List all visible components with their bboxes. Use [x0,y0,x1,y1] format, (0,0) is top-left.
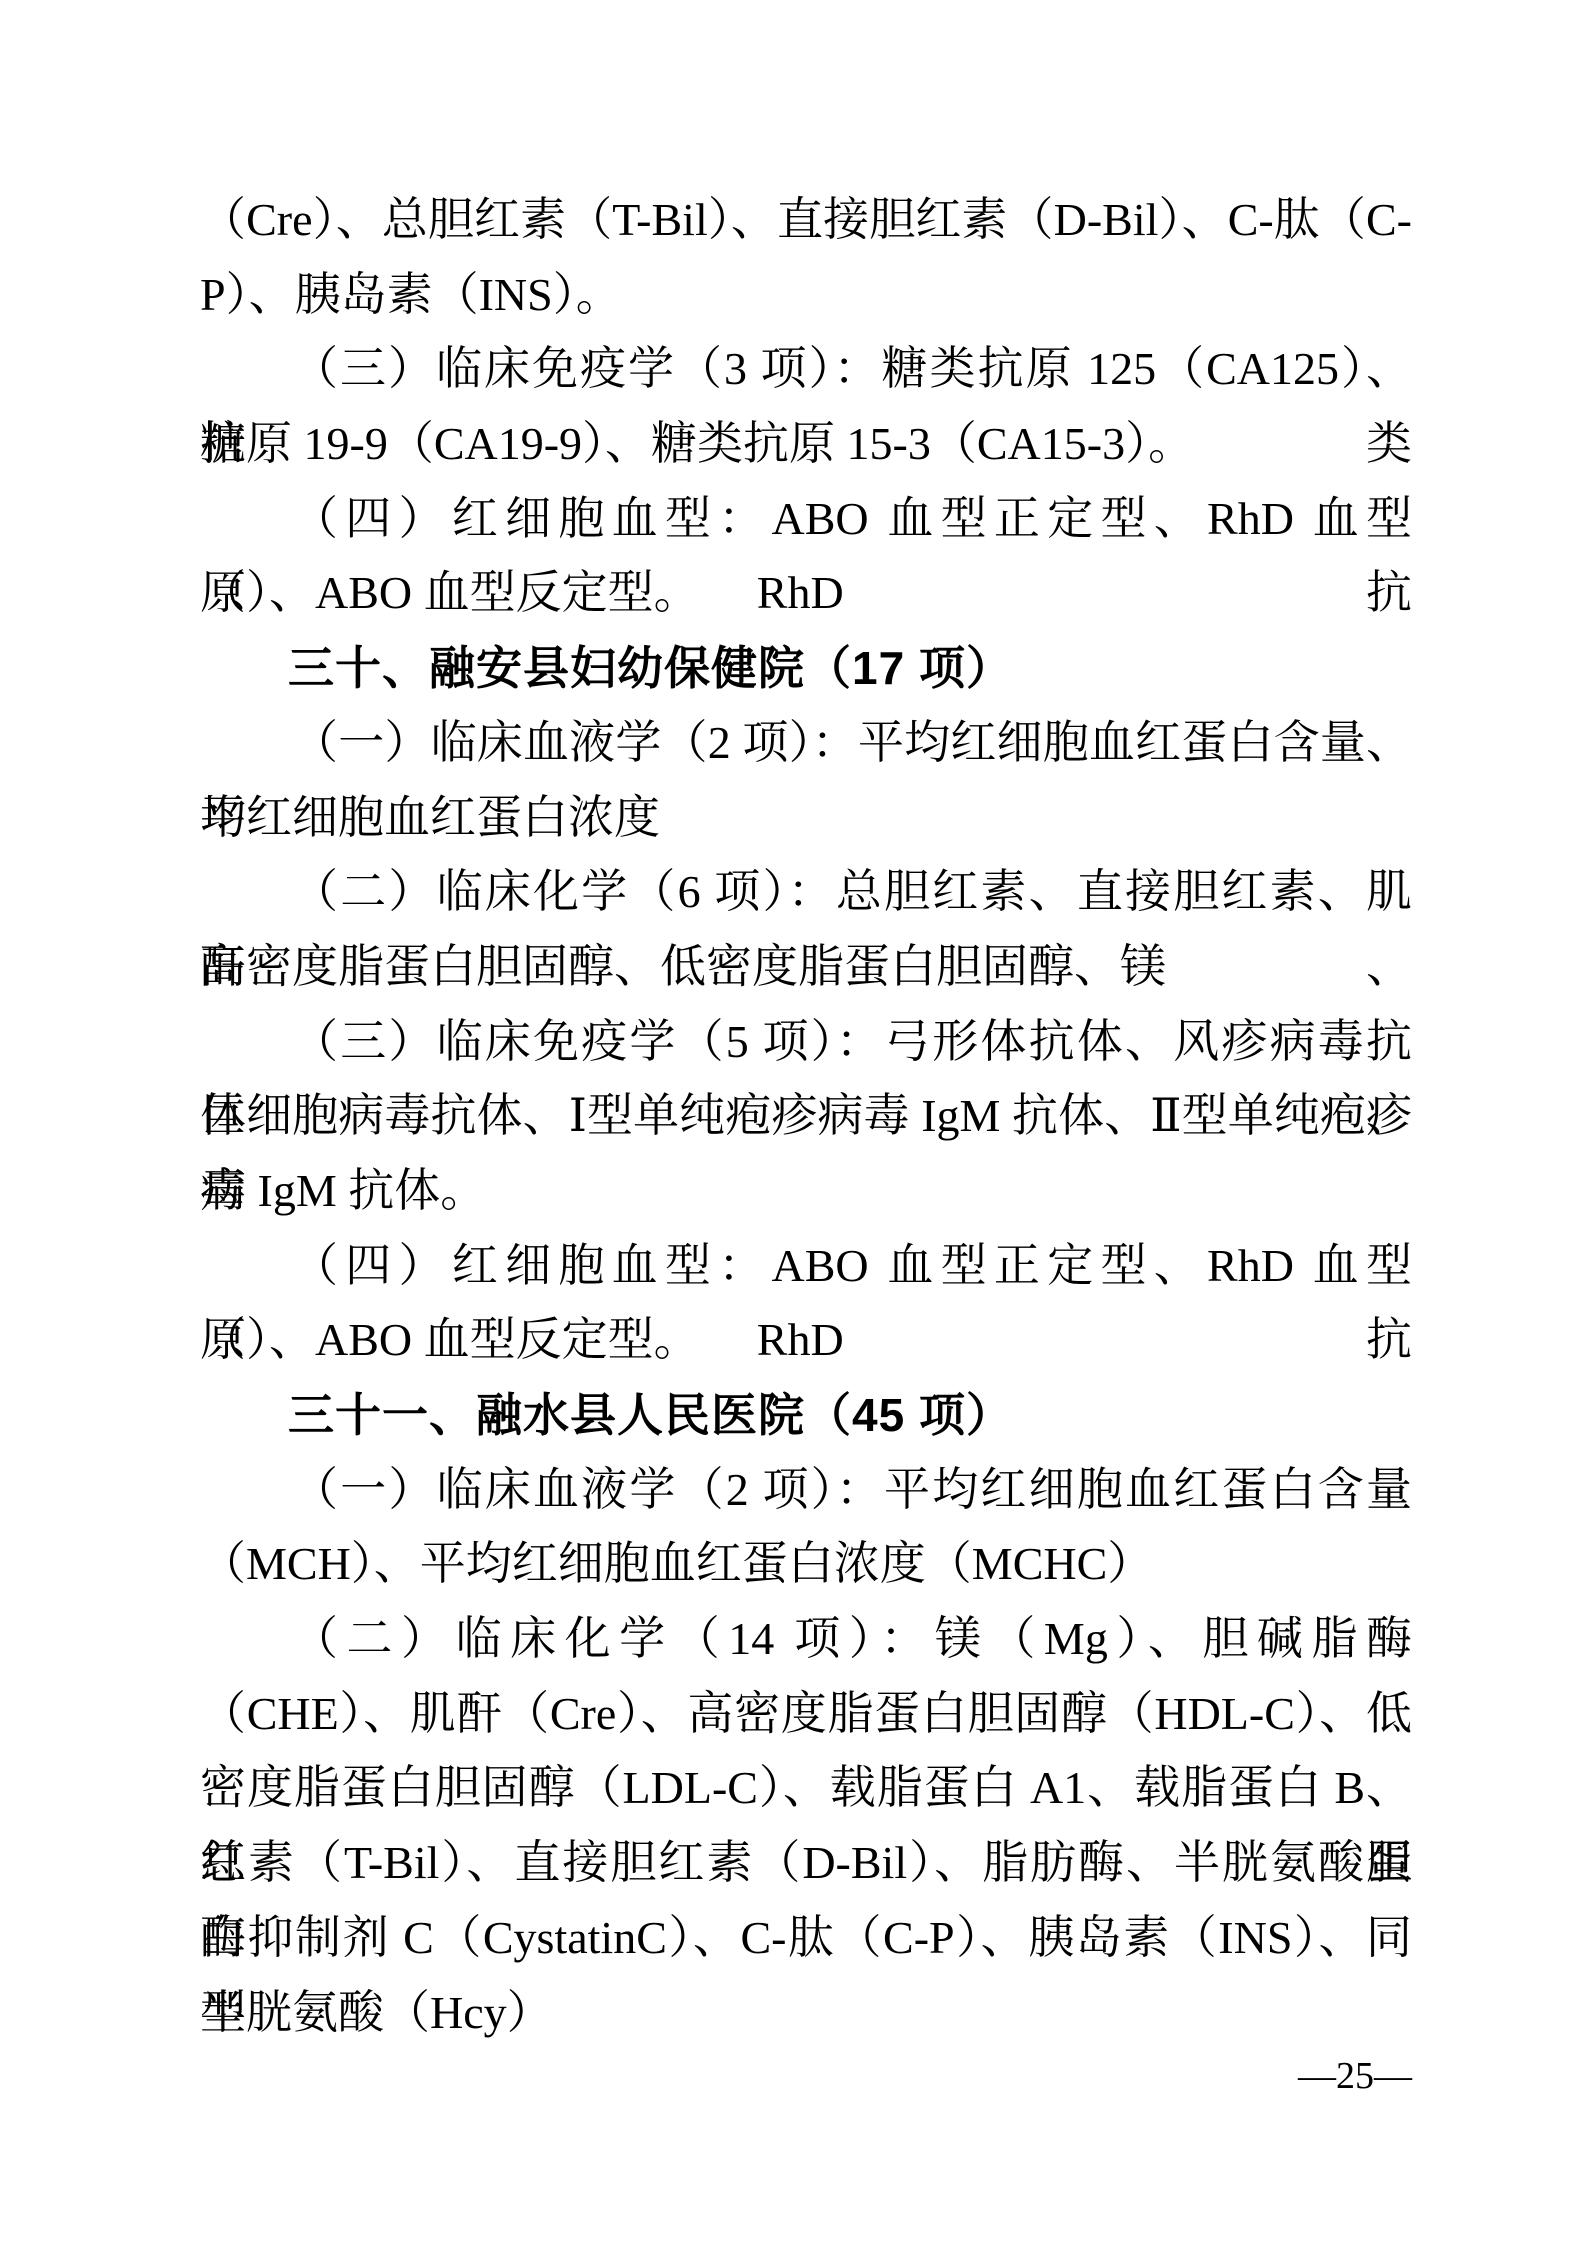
text-line: 密度脂蛋白胆固醇（LDL-C）、载脂蛋白 A1、载脂蛋白 B、总胆 [200,1751,1412,1826]
text-line: 半胱氨酸（Hcy） [200,1976,1412,2051]
document-page: （Cre）、总胆红素（T-Bil）、直接胆红素（D-Bil）、C-肽（C- P）… [0,0,1588,2245]
text-line: 均红细胞血红蛋白浓度 [200,781,1412,856]
page-number: —25— [1298,2056,1412,2096]
section-heading-hospital-30: 三十、融安县妇幼保健院（17 项） [200,631,1412,706]
text-line: 毒 IgM 抗体。 [200,1154,1412,1229]
text-line: （一）临床血液学（2 项）：平均红细胞血红蛋白含量 [200,1453,1412,1528]
text-line: （三）临床免疫学（5 项）：弓形体抗体、风疹病毒抗体、 [200,1005,1412,1080]
document-body: （Cre）、总胆红素（T-Bil）、直接胆红素（D-Bil）、C-肽（C- P）… [200,183,1412,2050]
text-line: （二）临床化学（14 项）：镁（Mg）、胆碱脂酶 [200,1602,1412,1677]
text-line: （CHE）、肌酐（Cre）、高密度脂蛋白胆固醇（HDL-C）、低 [200,1677,1412,1752]
text-line: （二）临床化学（6 项）：总胆红素、直接胆红素、肌酐、 [200,855,1412,930]
section-heading-hospital-31: 三十一、融水县人民医院（45 项） [200,1378,1412,1453]
text-line: （MCH）、平均红细胞血红蛋白浓度（MCHC） [200,1527,1412,1602]
text-line: （一）临床血液学（2 项）：平均红细胞血红蛋白含量、平 [200,706,1412,781]
text-line: 巨细胞病毒抗体、Ⅰ型单纯疱疹病毒 IgM 抗体、Ⅱ型单纯疱疹病 [200,1079,1412,1154]
text-line: （三）临床免疫学（3 项）：糖类抗原 125（CA125）、糖类 [200,332,1412,407]
text-line: （Cre）、总胆红素（T-Bil）、直接胆红素（D-Bil）、C-肽（C- [200,183,1412,258]
text-line: （四）红细胞血型：ABO 血型正定型、RhD 血型（RhD 抗 [200,1229,1412,1304]
text-line: 酶抑制剂 C（CystatinC）、C-肽（C-P）、胰岛素（INS）、同型 [200,1901,1412,1976]
text-line: （四）红细胞血型：ABO 血型正定型、RhD 血型（RhD 抗 [200,482,1412,557]
text-line: P）、胰岛素（INS）。 [200,258,1412,333]
text-line: 红素（T-Bil）、直接胆红素（D-Bil）、脂肪酶、半胱氨酸蛋白 [200,1826,1412,1901]
